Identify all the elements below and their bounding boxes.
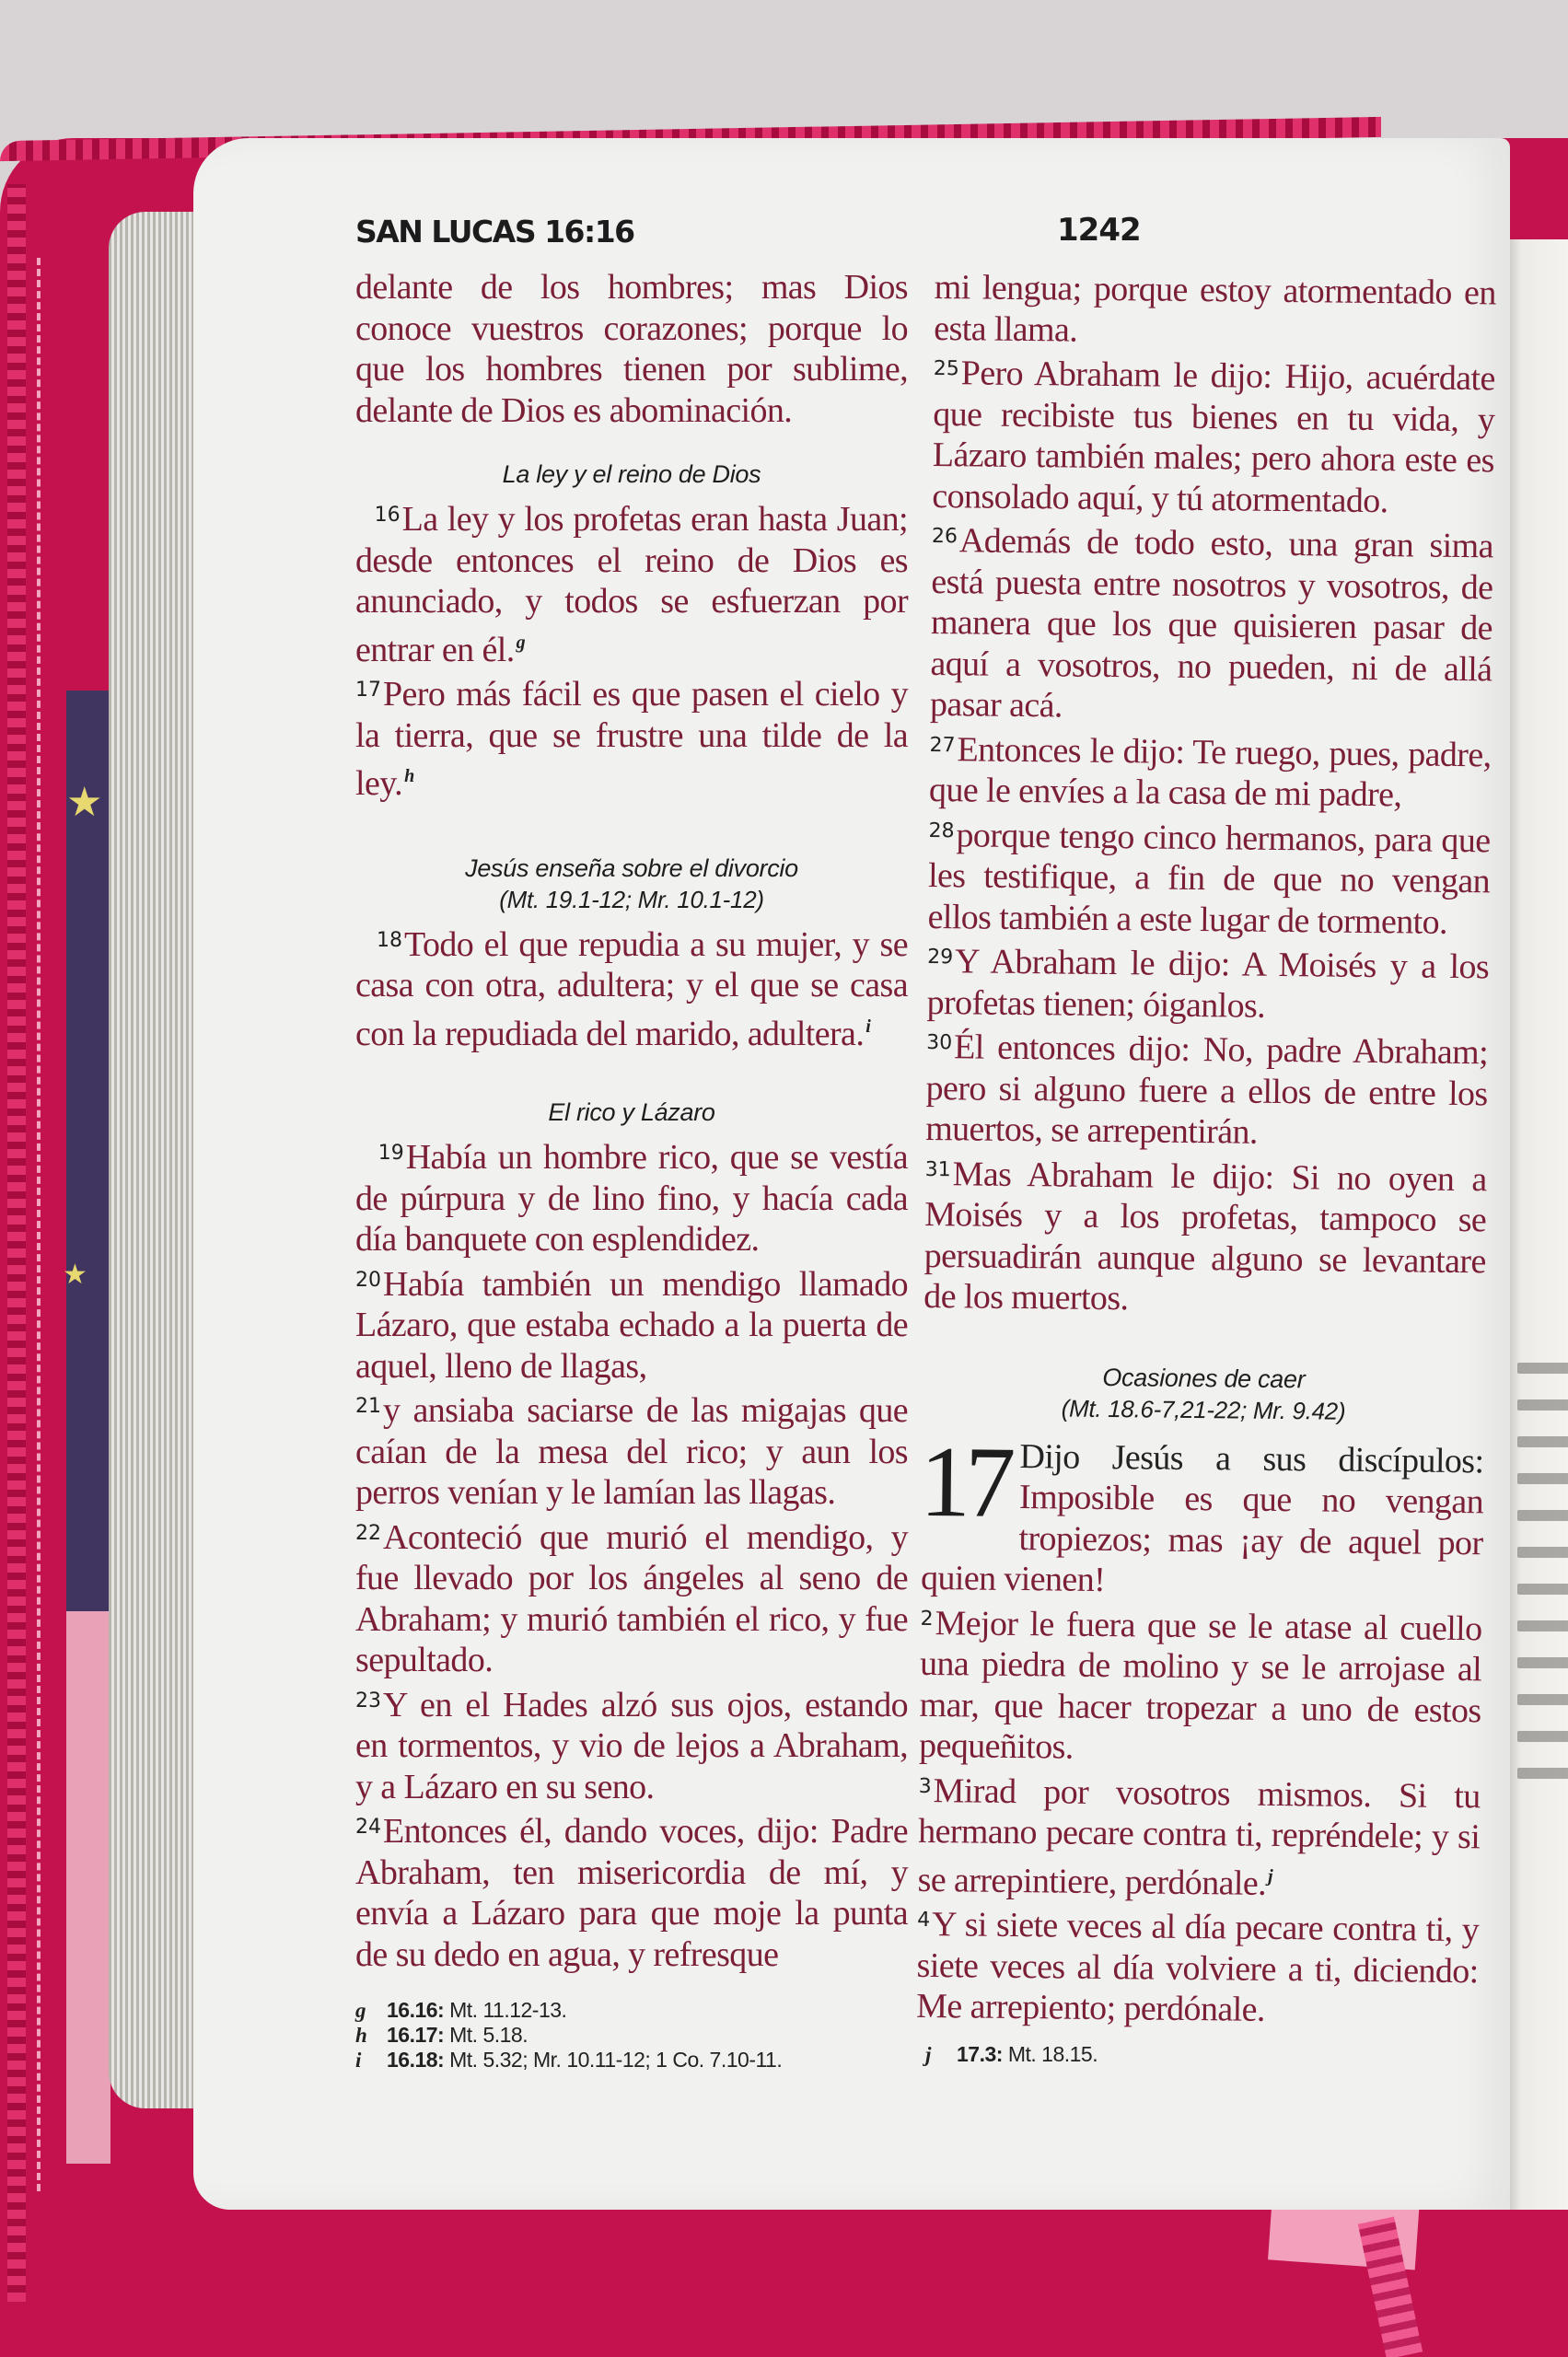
footnote-marker[interactable]: j xyxy=(1268,1865,1272,1886)
footnotes-right: j17.3: Mt. 18.15. xyxy=(925,2042,1098,2067)
verse-number: 19 xyxy=(378,1142,404,1165)
verse-16: 16La ley y los profetas eran hasta Juan;… xyxy=(355,495,908,670)
verse-number: 27 xyxy=(929,733,955,756)
footnote-marker[interactable]: i xyxy=(865,1016,870,1037)
verse-number: 28 xyxy=(928,819,954,842)
parallel-reference: (Mt. 19.1-12; Mr. 10.1-12) xyxy=(355,884,908,915)
verse-number: 20 xyxy=(355,1269,381,1292)
verse-20: 20Había también un mendigo llamado Lázar… xyxy=(355,1260,908,1387)
section-heading: El rico y Lázaro xyxy=(355,1097,908,1128)
right-column: mi lengua; porque estoy atormentado en e… xyxy=(916,267,1496,2033)
verse-23: 23Y en el Hades alzó sus ojos, estando e… xyxy=(355,1681,908,1808)
footnote-marker[interactable]: g xyxy=(517,633,525,653)
verse-number: 31 xyxy=(925,1157,951,1180)
verse-18: 18Todo el que repudia a su mujer, y se c… xyxy=(355,921,908,1055)
inner-lining-pink xyxy=(66,1611,110,2164)
verse-22: 22Aconteció que murió el mendigo, y fue … xyxy=(355,1514,908,1681)
footnote: h16.17: Mt. 5.18. xyxy=(355,2023,782,2048)
verse-number: 25 xyxy=(934,357,959,380)
verse-30: 30Él entonces dijo: No, padre Abraham; p… xyxy=(925,1023,1488,1155)
star-icon: ★ xyxy=(66,783,102,823)
verse-28: 28porque tengo cinco hermanos, para que … xyxy=(927,810,1490,943)
verse-21: 21y ansiaba saciarse de las migajas que … xyxy=(355,1387,908,1514)
footnote-marker[interactable]: h xyxy=(404,766,414,786)
zipper-left xyxy=(7,184,26,2302)
verse-number: 26 xyxy=(932,525,958,548)
verse-number: 18 xyxy=(377,929,402,952)
verse-continuation: delante de los hombres; mas Dios conoce … xyxy=(355,267,908,431)
verse-continuation: mi lengua; porque estoy atormentado en e… xyxy=(934,267,1496,354)
book-reference: SAN LUCAS 16:16 xyxy=(355,214,634,250)
verse-1: 17Dijo Jesús a sus discípulos: Imposible… xyxy=(921,1434,1484,1604)
footnote: g16.16: Mt. 11.12-13. xyxy=(355,1998,782,2023)
verse-number: 3 xyxy=(919,1774,932,1797)
cover-stitching xyxy=(37,258,41,2191)
verse-number: 21 xyxy=(355,1395,381,1418)
verse-number: 22 xyxy=(355,1522,381,1545)
verse-19: 19Había un hombre rico, que se vestía de… xyxy=(355,1133,908,1260)
verse-31: 31Mas Abraham le dijo: Si no oyen a Mois… xyxy=(923,1149,1487,1322)
verse-25: 25Pero Abraham le dijo: Hijo, acuérdate … xyxy=(932,349,1495,522)
page-edges xyxy=(109,212,201,2108)
verse-2: 2Mejor le fuera que se le atase al cuell… xyxy=(919,1598,1482,1771)
left-column: delante de los hombres; mas Dios conoce … xyxy=(355,267,908,1975)
verse-29: 29Y Abraham le dijo: A Moisés y a los pr… xyxy=(926,937,1489,1028)
verse-number: 17 xyxy=(355,679,381,702)
verse-24: 24Entonces él, dando voces, dijo: Padre … xyxy=(355,1807,908,1975)
page-number: 1242 xyxy=(1057,212,1141,249)
verse-3: 3Mirad por vosotros mismos. Si tu herman… xyxy=(917,1766,1480,1906)
bible-page: SAN LUCAS 16:16 1242 delante de los homb… xyxy=(193,138,1510,2210)
running-head: SAN LUCAS 16:16 1242 xyxy=(355,214,1510,260)
facing-page-edge xyxy=(1501,239,1568,2210)
verse-4: 4Y si siete veces al día pecare contra t… xyxy=(916,1900,1479,2033)
verse-number: 29 xyxy=(927,946,953,969)
verse-number: 16 xyxy=(375,504,401,527)
section-heading: Ocasiones de caer (Mt. 18.6-7,21-22; Mr.… xyxy=(923,1359,1485,1427)
footnotes-left: g16.16: Mt. 11.12-13. h16.17: Mt. 5.18. … xyxy=(355,1998,782,2073)
footnote: i16.18: Mt. 5.32; Mr. 10.11-12; 1 Co. 7.… xyxy=(355,2048,782,2073)
verse-number: 4 xyxy=(917,1909,930,1932)
verse-number: 30 xyxy=(926,1031,952,1054)
verse-27: 27Entonces le dijo: Te ruego, pues, padr… xyxy=(929,725,1492,816)
verse-17: 17Pero más fácil es que pasen el cielo y… xyxy=(355,670,908,805)
section-heading: Jesús enseña sobre el divorcio (Mt. 19.1… xyxy=(355,853,908,915)
verse-number: 24 xyxy=(355,1816,381,1839)
verse-number: 23 xyxy=(355,1689,381,1713)
chapter-number: 17 xyxy=(920,1440,1011,1522)
parallel-reference: (Mt. 18.6-7,21-22; Mr. 9.42) xyxy=(923,1390,1484,1427)
section-heading: La ley y el reino de Dios xyxy=(355,459,908,490)
star-icon: ★ xyxy=(63,1261,87,1289)
verse-number: 2 xyxy=(920,1607,933,1630)
verse-26: 26Además de todo esto, una gran sima est… xyxy=(930,517,1493,731)
inner-lining: ★ ★ xyxy=(66,691,110,1611)
footnote: j17.3: Mt. 18.15. xyxy=(925,2042,1098,2067)
